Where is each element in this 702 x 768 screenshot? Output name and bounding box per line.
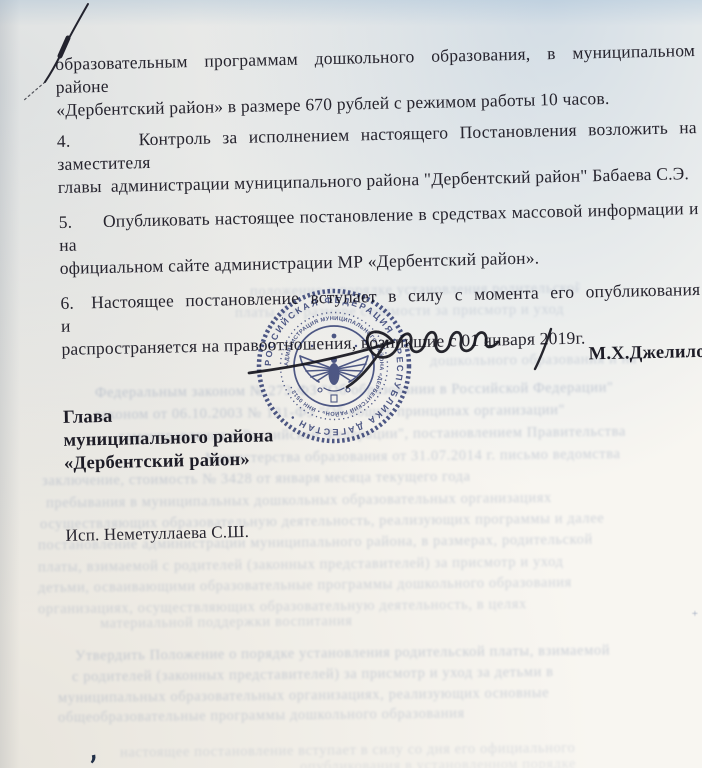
bleed-line: общеобразовательные программы дошкольног… [58,704,588,727]
paragraph: 4. Контроль за исполнением настоящего По… [57,116,698,199]
bleed-line: с родителей (законных представителей) за… [72,663,662,686]
scanned-document-page: положение о порядке установления родител… [0,0,702,768]
bleed-line: детьми, осваивающими образовательные про… [38,574,638,597]
bleed-line: Утвердить Положение о порядке установлен… [75,642,675,665]
paragraph: 5. Опубликовать настоящее постановление … [58,197,699,280]
scan-artifact-dot: + [692,608,698,620]
handwritten-signature [235,315,580,395]
bleed-line: платы, взимаемой с родителей (законных п… [38,553,698,577]
pen-scratch-mark [0,0,120,115]
paragraph: образовательным программам дошкольного о… [55,39,696,122]
bleed-line: материальной поддержки воспитания [100,612,435,633]
signer-name: М.Х.Джелилов [588,341,702,367]
